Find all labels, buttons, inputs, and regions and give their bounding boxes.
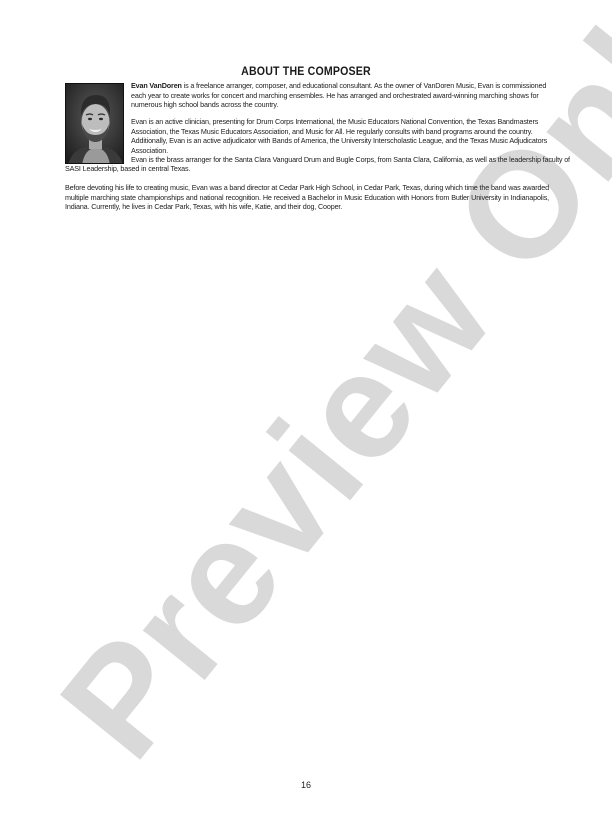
bio-paragraph-1-text: is a freelance arranger, composer, and e…: [131, 81, 546, 109]
bio-paragraph-2-text: Evan is an active clinician, presenting …: [131, 117, 549, 155]
bio-paragraph-3-text-continued: SASI Leadership, based in central Texas.: [65, 164, 549, 174]
page-title: ABOUT THE COMPOSER: [24, 66, 587, 78]
bio-paragraph-4-text: Before devoting his life to creating mus…: [65, 183, 549, 212]
portrait-photo-icon: [66, 84, 124, 164]
page-number: 16: [0, 780, 612, 790]
bio-paragraph-3-continued: SASI Leadership, based in central Texas.: [65, 164, 549, 174]
composer-photo: [65, 83, 124, 164]
preview-watermark: Preview Only: [35, 128, 605, 782]
document-page: Preview Only ABOUT THE COMPOSER: [0, 0, 612, 816]
bio-paragraph-4: Before devoting his life to creating mus…: [65, 183, 549, 212]
bio-paragraph-1: Evan VanDoren is a freelance arranger, c…: [131, 81, 549, 110]
composer-name: Evan VanDoren: [131, 81, 182, 90]
bio-paragraph-2: Evan is an active clinician, presenting …: [131, 117, 549, 155]
